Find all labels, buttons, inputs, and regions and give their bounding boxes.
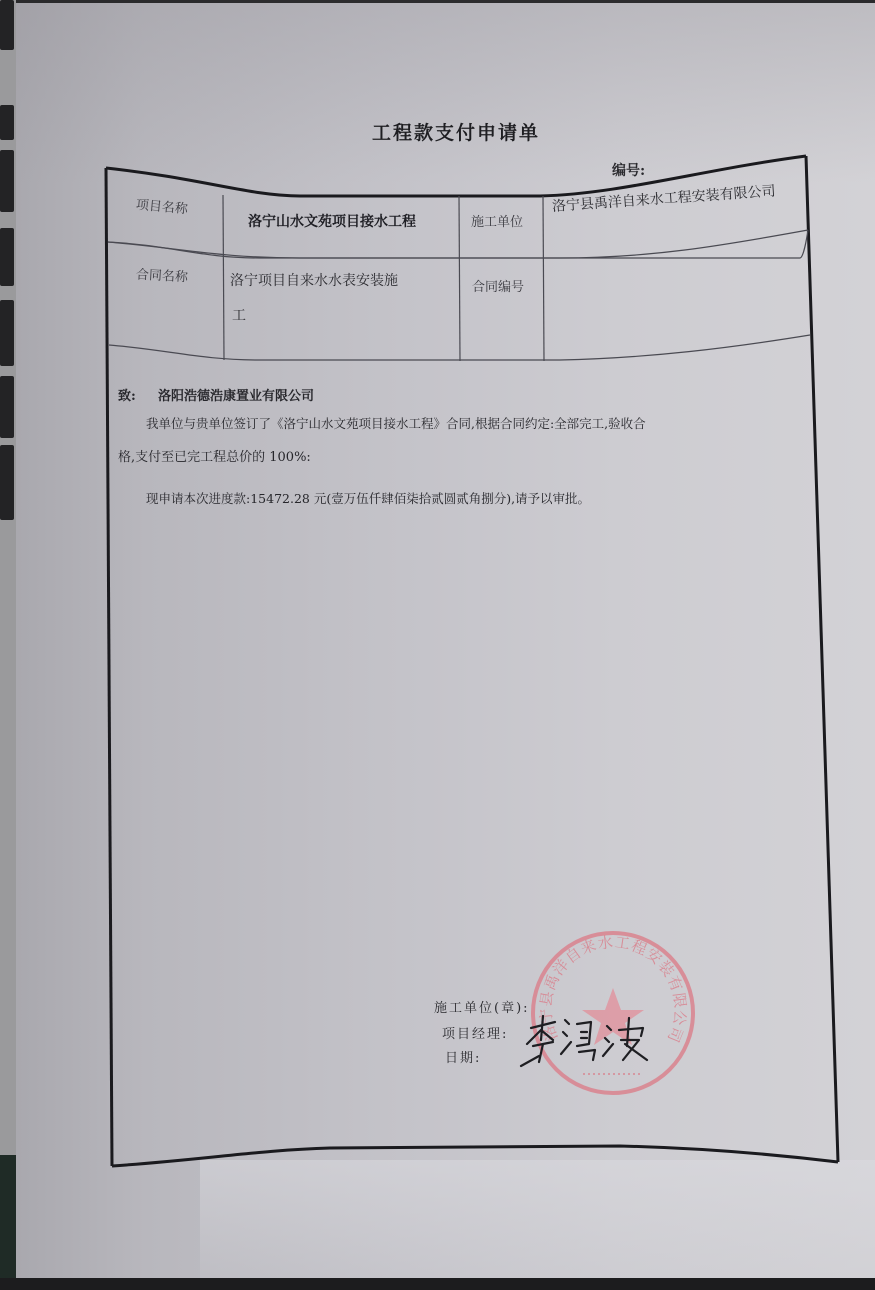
payment-request-paragraph: 现申请本次进度款:15472.28 元(壹万伍仟肆佰柒拾贰圆贰角捌分),请予以审… (146, 489, 590, 507)
project-manager-label: 项目经理: (442, 1023, 508, 1042)
addressee-label: 致: (118, 385, 136, 404)
letter-paragraph-1-line-2: 格,支付至已完工程总价的 100%: (118, 446, 311, 465)
date-label: 日期: (445, 1047, 481, 1066)
contract-name-label: 合同名称 (136, 264, 189, 286)
contract-name-value-line1: 洛宁项目自来水水表安装施 (230, 270, 398, 290)
manager-signature (515, 1010, 655, 1070)
contract-name-value-line2: 工 (232, 305, 246, 325)
addressee: 洛阳浩德浩康置业有限公司 (158, 385, 314, 404)
project-name-value: 洛宁山水文苑项目接水工程 (248, 211, 416, 231)
contract-number-label: 合同编号 (472, 276, 524, 295)
letter-paragraph-1-line-1: 我单位与贵单位签订了《洛宁山水文苑项目接水工程》合同,根据合同约定:全部完工,验… (146, 414, 646, 432)
contractor-label: 施工单位 (471, 211, 523, 230)
